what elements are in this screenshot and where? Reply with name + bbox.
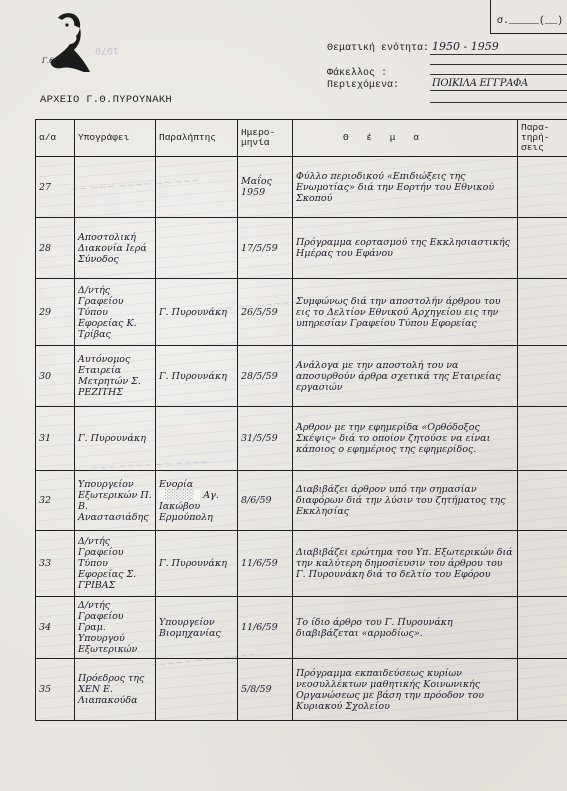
entry-date: 11/6/59 xyxy=(238,597,293,659)
table-row: 28Αποστολική Διακονία Ιερά Σύνοδος17/5/5… xyxy=(36,218,567,279)
field-underline xyxy=(430,64,567,65)
entry-signer: Γ. Πυρουνάκη xyxy=(75,407,156,471)
entry-recipient: Γ. Πυρουνάκη xyxy=(156,279,238,346)
entry-recipient: Γ. Πυρουνάκη xyxy=(156,531,238,597)
entry-subject: Συμφώνως διά την αποστολήν άρθρου του ει… xyxy=(293,279,518,346)
correspondence-ledger-table: α/α Υπογράφει Παραλήπτης Ημερο-μηνία Θ έ… xyxy=(35,119,567,721)
entry-notes xyxy=(518,597,567,659)
entry-number: 28 xyxy=(36,218,75,279)
entry-recipient: Υπουργείον Βιομηχανίας xyxy=(156,597,238,659)
column-header-subject: Θ έ μ α xyxy=(293,120,518,157)
entry-notes xyxy=(518,279,567,346)
entry-notes xyxy=(518,157,567,218)
field-label-folder: Φάκελλος : xyxy=(327,68,387,79)
field-value-contents: ΠΟΙΚΙΛΑ ΕΓΓΡΑΦΑ xyxy=(432,78,528,89)
entry-signer: Δ/ντής Γραφείου Γραμ. Υπουργού Εξωτερικώ… xyxy=(75,597,156,659)
entry-recipient: Γ. Πυρουνάκη xyxy=(156,346,238,407)
table-row: 35Πρόεδρος της ΧΕΝ Ε. Λιαπακούδα5/8/59Πρ… xyxy=(36,659,567,721)
entry-signer: Αυτόνομος Εταιρεία Μετρητών Σ. ΡΕΖΙΤΗΣ xyxy=(75,346,156,407)
field-label-thematic-unit: Θεματική ενότητα: xyxy=(327,43,429,54)
table-row: 31Γ. Πυρουνάκη31/5/59Άρθρον με την εφημε… xyxy=(36,407,567,471)
entry-subject: Φύλλο περιοδικού «Επιδιώξεις της Ενωμοτί… xyxy=(293,157,518,218)
entry-signer: Δ/ντής Γραφείου Τύπου Εφορείας Σ. ΓΡΙΒΑΣ xyxy=(75,531,156,597)
column-header-notes: Παρα-τηρή-σεις xyxy=(518,120,567,157)
entry-date: 31/5/59 xyxy=(238,407,293,471)
entry-date: 28/5/59 xyxy=(238,346,293,407)
entry-signer: Αποστολική Διακονία Ιερά Σύνοδος xyxy=(75,218,156,279)
entry-number: 33 xyxy=(36,531,75,597)
entry-recipient xyxy=(156,218,238,279)
entry-date: 26/5/59 xyxy=(238,279,293,346)
entry-subject: Το ίδιο άρθρο του Γ. Πυρουνάκη διαβιβάζε… xyxy=(293,597,518,659)
logo-signature: Γ.Θ.Π. xyxy=(42,57,65,65)
field-value-thematic-unit: 1950 - 1959 xyxy=(432,40,499,53)
entry-notes xyxy=(518,531,567,597)
table-header-row: α/α Υπογράφει Παραλήπτης Ημερο-μηνία Θ έ… xyxy=(36,120,567,157)
entry-date: 11/6/59 xyxy=(238,531,293,597)
entry-signer: Δ/ντής Γραφείου Τύπου Εφορείας Κ. Τρίβας xyxy=(75,279,156,346)
entry-date: 8/6/59 xyxy=(238,471,293,531)
field-underline xyxy=(430,54,567,55)
table-row: 27Μαΐος 1959Φύλλο περιοδικού «Επιδιώξεις… xyxy=(36,157,567,218)
field-underline xyxy=(430,74,567,75)
entry-subject: Άρθρον με την εφημερίδα «Ορθόδοξος Σκέψι… xyxy=(293,407,518,471)
entry-notes xyxy=(518,659,567,721)
entry-notes xyxy=(518,407,567,471)
field-label-contents: Περιεχόμενα: xyxy=(327,80,399,91)
field-underline xyxy=(430,90,567,91)
entry-recipient xyxy=(156,157,238,218)
entry-notes xyxy=(518,346,567,407)
entry-subject: Ανάλογα με την αποστολή του να αποσυρθού… xyxy=(293,346,518,407)
entry-date: 17/5/59 xyxy=(238,218,293,279)
column-header-recipient: Παραλήπτης xyxy=(156,120,238,157)
table-row: 29Δ/ντής Γραφείου Τύπου Εφορείας Κ. Τρίβ… xyxy=(36,279,567,346)
entry-number: 30 xyxy=(36,346,75,407)
table-row: 32Υπουργείον Εξωτερικών Π. Β. Αναστασιάδ… xyxy=(36,471,567,531)
entry-date: Μαΐος 1959 xyxy=(238,157,293,218)
entry-recipient: Ενορία ░░░░ Αγ. Ιακώβου Ερμούπολη xyxy=(156,471,238,531)
table-row: 33Δ/ντής Γραφείου Τύπου Εφορείας Σ. ΓΡΙΒ… xyxy=(36,531,567,597)
entry-number: 31 xyxy=(36,407,75,471)
table-row: 30Αυτόνομος Εταιρεία Μετρητών Σ. ΡΕΖΙΤΗΣ… xyxy=(36,346,567,407)
page-reference: σ._____(__) xyxy=(497,16,563,27)
column-header-number: α/α xyxy=(36,120,75,157)
entry-signer: Υπουργείον Εξωτερικών Π. Β. Αναστασιάδης xyxy=(75,471,156,531)
archive-title: ΑΡΧΕΙΟ Γ.Θ.ΠΥΡΟΥΝΑΚΗ xyxy=(40,94,172,106)
entry-signer xyxy=(75,157,156,218)
table-row: 34Δ/ντής Γραφείου Γραμ. Υπουργού Εξωτερι… xyxy=(36,597,567,659)
entry-subject: Πρόγραμμα εορτασμού της Εκκλησιαστικής Η… xyxy=(293,218,518,279)
reverse-stamp: 1970 xyxy=(95,44,119,55)
entry-number: 34 xyxy=(36,597,75,659)
entry-recipient xyxy=(156,407,238,471)
entry-recipient xyxy=(156,659,238,721)
entry-notes xyxy=(518,218,567,279)
entry-number: 35 xyxy=(36,659,75,721)
page-reference-box: σ._____(__) xyxy=(490,0,567,34)
entry-subject: Πρόγραμμα εκπαιδεύσεως κυρίων νεοσυλλέκτ… xyxy=(293,659,518,721)
redacted-text: ░░░░ xyxy=(159,490,200,501)
entry-subject: Διαβιβάζει ερώτημα του Υπ. Εξωτερικών δι… xyxy=(293,531,518,597)
entry-date: 5/8/59 xyxy=(238,659,293,721)
column-header-date: Ημερο-μηνία xyxy=(238,120,293,157)
entry-signer: Πρόεδρος της ΧΕΝ Ε. Λιαπακούδα xyxy=(75,659,156,721)
entry-number: 27 xyxy=(36,157,75,218)
entry-number: 29 xyxy=(36,279,75,346)
field-underline xyxy=(430,102,567,103)
entry-number: 32 xyxy=(36,471,75,531)
entry-notes xyxy=(518,471,567,531)
column-header-signer: Υπογράφει xyxy=(75,120,156,157)
entry-subject: Διαβιβάζει άρθρον υπό την σημασίαν διαφό… xyxy=(293,471,518,531)
